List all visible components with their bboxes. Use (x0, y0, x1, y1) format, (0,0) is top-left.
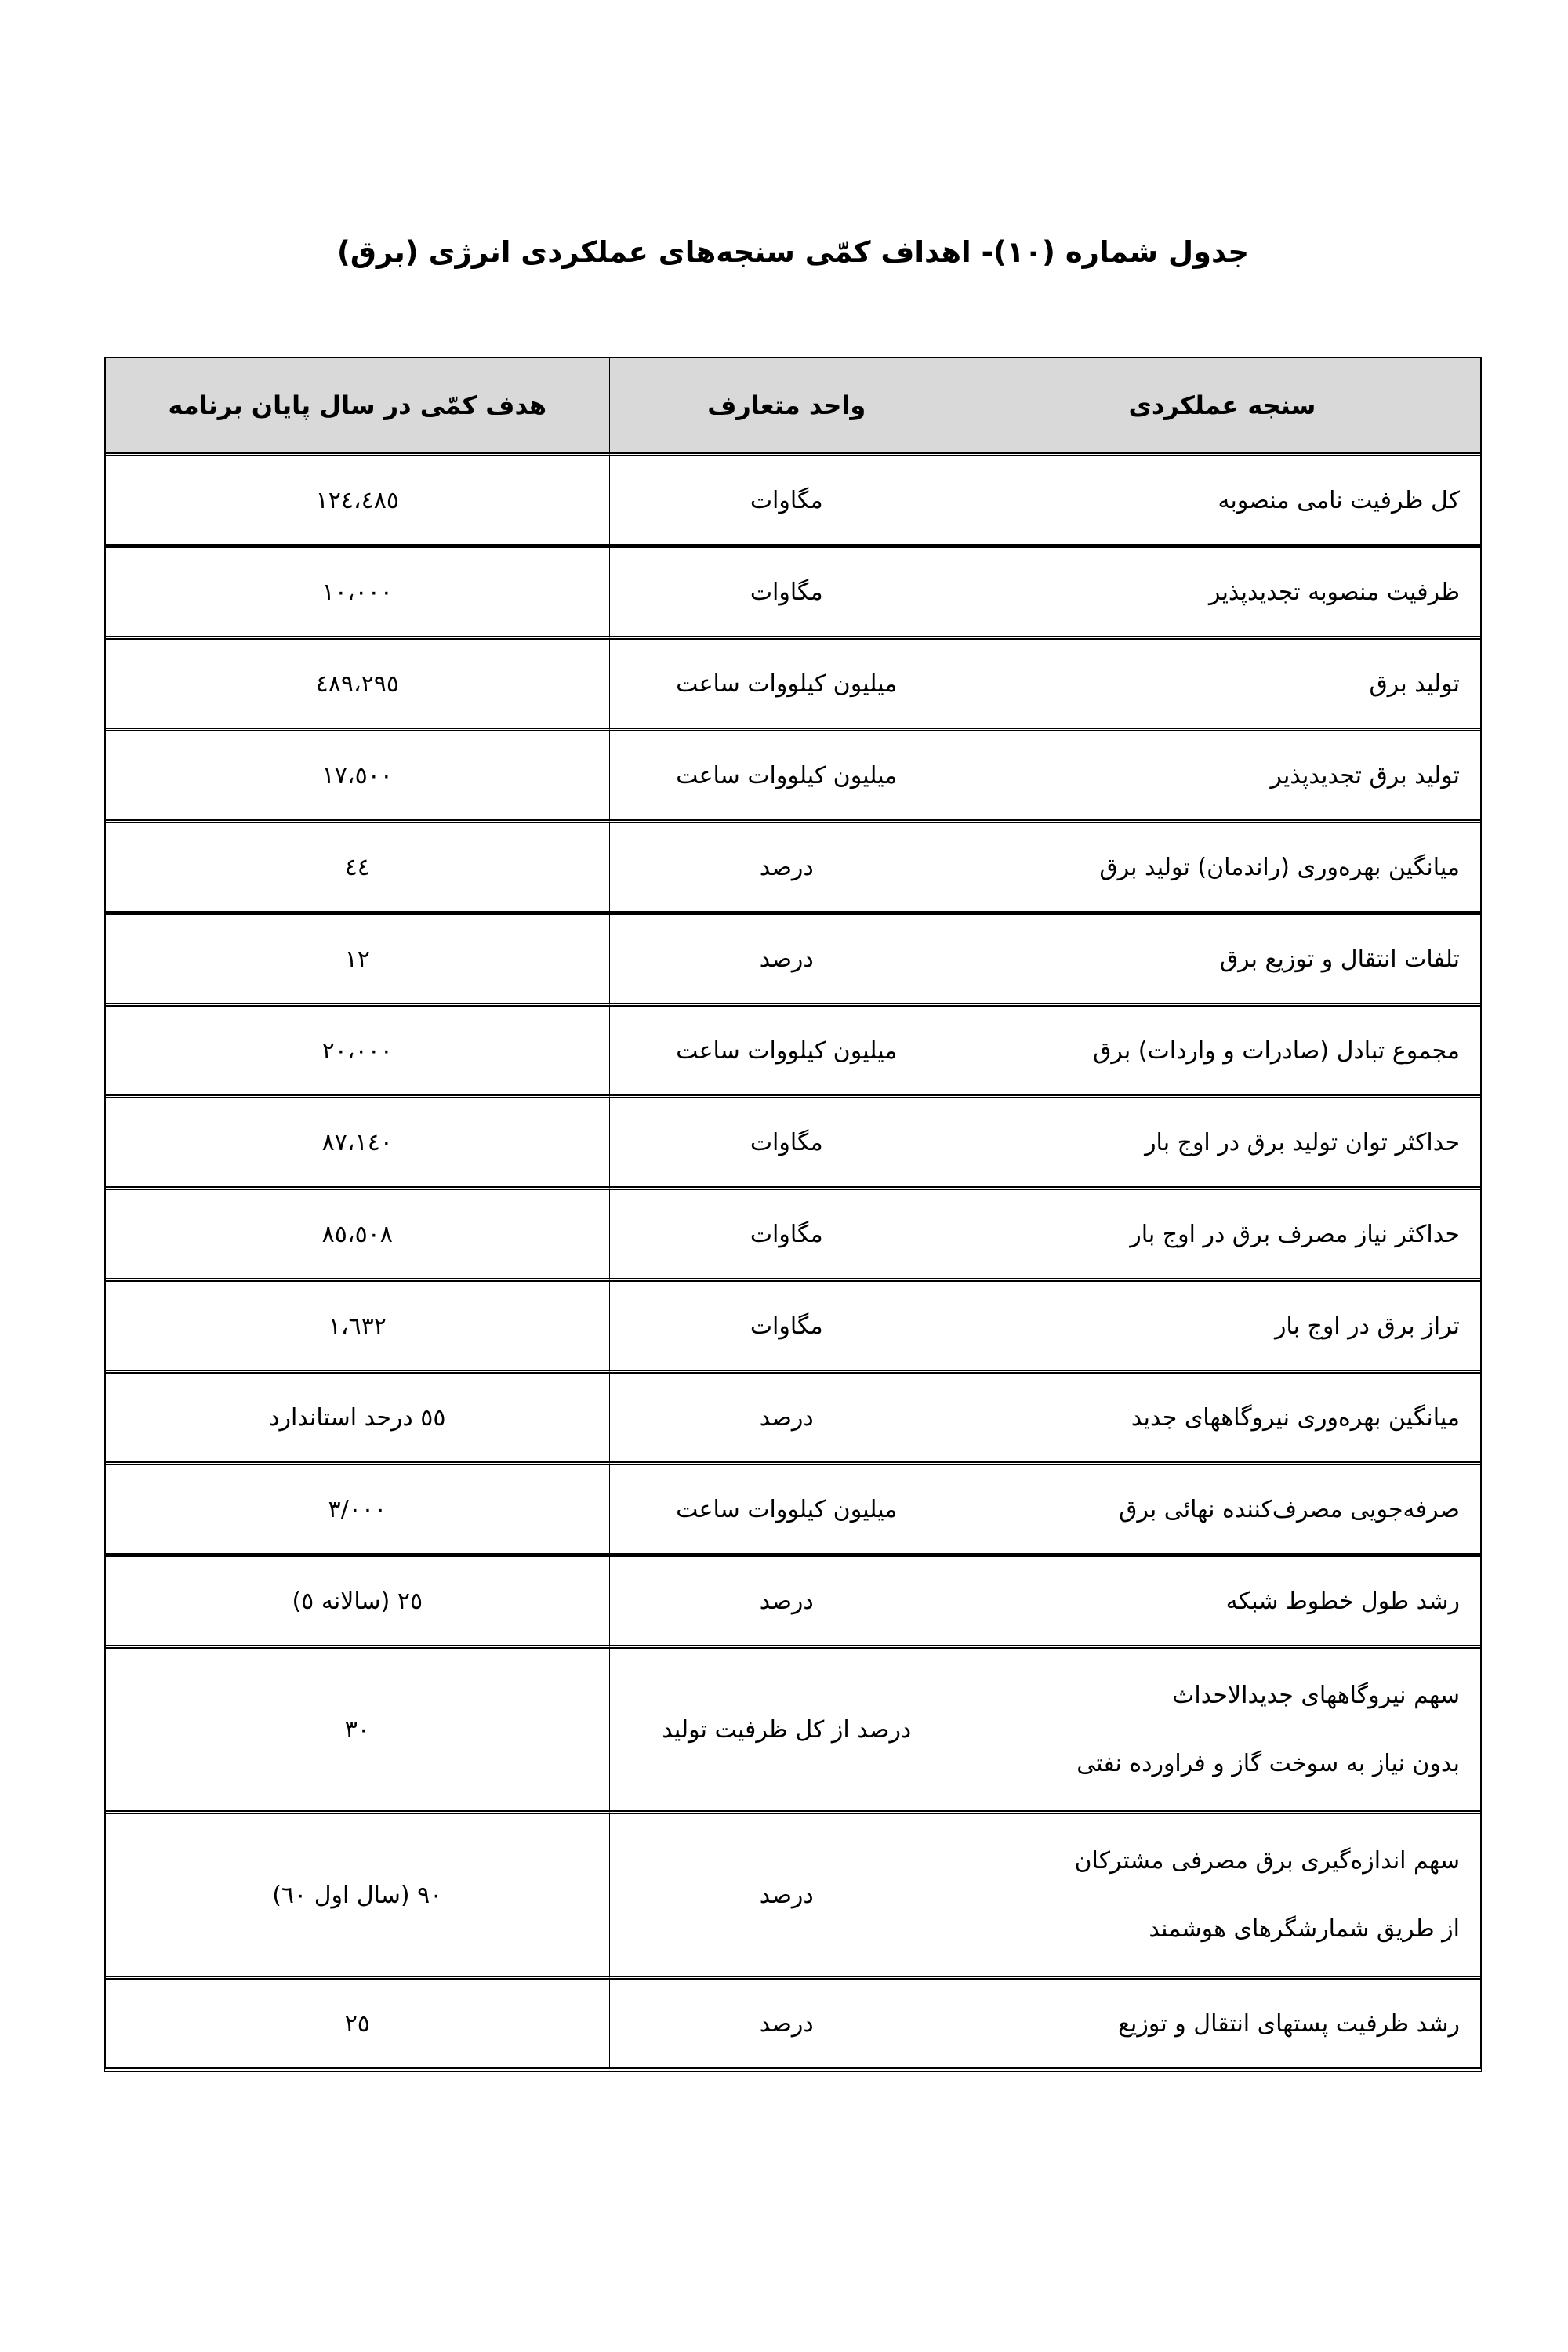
target-cell: ١٢٤،٤٨٥ (106, 452, 609, 544)
table-row: میانگین بهره‌وری (راندمان) تولید برق درص… (106, 819, 1480, 911)
table-row: سهم اندازه‌گیری برق مصرفی مشترکان از طری… (106, 1810, 1480, 1976)
target-cell: ١٠،٠٠٠ (106, 544, 609, 636)
target-cell: ٣٠ (106, 1645, 609, 1810)
table-row: میانگین بهره‌وری نیروگاههای جدید درصد ٥٥… (106, 1370, 1480, 1461)
metric-cell: کل ظرفیت نامی منصوبه (964, 452, 1480, 544)
target-cell: ٣/٠٠٠ (106, 1461, 609, 1553)
target-cell: ١٢ (106, 911, 609, 1003)
metric-cell: تراز برق در اوج بار (964, 1278, 1480, 1370)
table-row: حداکثر نیاز مصرف برق در اوج بار مگاوات ٨… (106, 1186, 1480, 1278)
header-target-cell: هدف کمّی در سال پایان برنامه (106, 358, 609, 452)
target-cell: ٥٥ درحد استاندارد (106, 1370, 609, 1461)
metric-cell: رشد ظرفیت پستهای انتقال و توزیع (964, 1976, 1480, 2067)
metric-cell: میانگین بهره‌وری (راندمان) تولید برق (964, 819, 1480, 911)
unit-cell: مگاوات (609, 1186, 964, 1278)
unit-cell: مگاوات (609, 1094, 964, 1186)
metric-cell: سهم نیروگاههای جدیدالاحداث بدون نیاز به … (964, 1645, 1480, 1810)
table-row: تلفات انتقال و توزیع برق درصد ١٢ (106, 911, 1480, 1003)
table-row: صرفه‌جویی مصرف‌کننده نهائی برق میلیون کی… (106, 1461, 1480, 1553)
unit-cell: مگاوات (609, 452, 964, 544)
unit-cell: میلیون کیلووات ساعت (609, 728, 964, 819)
metric-cell: سهم اندازه‌گیری برق مصرفی مشترکان از طری… (964, 1810, 1480, 1976)
unit-cell: میلیون کیلووات ساعت (609, 1003, 964, 1094)
header-row: سنجه عملکردی واحد متعارف هدف کمّی در سال… (106, 358, 1480, 452)
unit-cell: میلیون کیلووات ساعت (609, 1461, 964, 1553)
unit-cell: درصد (609, 1976, 964, 2067)
target-cell: ٢٠،٠٠٠ (106, 1003, 609, 1094)
unit-cell: میلیون کیلووات ساعت (609, 636, 964, 728)
metric-cell: تولید برق (964, 636, 1480, 728)
table-row: سهم نیروگاههای جدیدالاحداث بدون نیاز به … (106, 1645, 1480, 1810)
target-cell: ٨٧،١٤٠ (106, 1094, 609, 1186)
metric-cell: تولید برق تجدیدپذیر (964, 728, 1480, 819)
unit-cell: درصد (609, 1553, 964, 1645)
unit-cell: درصد (609, 819, 964, 911)
table-row: رشد ظرفیت پستهای انتقال و توزیع درصد ٢٥ (106, 1976, 1480, 2067)
header-metric-cell: سنجه عملکردی (964, 358, 1480, 452)
target-cell: ١،٦٣٢ (106, 1278, 609, 1370)
metric-cell: میانگین بهره‌وری نیروگاههای جدید (964, 1370, 1480, 1461)
target-cell: ٢٥ (106, 1976, 609, 2067)
unit-cell: درصد از کل ظرفیت تولید (609, 1645, 964, 1810)
table-row: حداکثر توان تولید برق در اوج بار مگاوات … (106, 1094, 1480, 1186)
table-body: کل ظرفیت نامی منصوبه مگاوات ١٢٤،٤٨٥ ظرفی… (106, 452, 1480, 2067)
document-page: جدول شماره (١٠)- اهداف کمّی سنجه‌های عمل… (0, 0, 1568, 2352)
metric-cell: حداکثر نیاز مصرف برق در اوج بار (964, 1186, 1480, 1278)
table-row: ظرفیت منصوبه تجدیدپذیر مگاوات ١٠،٠٠٠ (106, 544, 1480, 636)
metric-cell: صرفه‌جویی مصرف‌کننده نهائی برق (964, 1461, 1480, 1553)
unit-cell: مگاوات (609, 1278, 964, 1370)
header-unit-cell: واحد متعارف (609, 358, 964, 452)
table-title: جدول شماره (١٠)- اهداف کمّی سنجه‌های عمل… (104, 235, 1482, 269)
target-cell: ٩٠ (سال اول ٦٠) (106, 1810, 609, 1976)
table-row: رشد طول خطوط شبکه درصد ٢٥ (سالانه ٥) (106, 1553, 1480, 1645)
metric-cell: رشد طول خطوط شبکه (964, 1553, 1480, 1645)
unit-cell: درصد (609, 1810, 964, 1976)
table-row: تراز برق در اوج بار مگاوات ١،٦٣٢ (106, 1278, 1480, 1370)
target-cell: ٤٨٩،٢٩٥ (106, 636, 609, 728)
metric-cell: حداکثر توان تولید برق در اوج بار (964, 1094, 1480, 1186)
table-row: تولید برق تجدیدپذیر میلیون کیلووات ساعت … (106, 728, 1480, 819)
target-cell: ٢٥ (سالانه ٥) (106, 1553, 609, 1645)
metric-cell: مجموع تبادل (صادرات و واردات) برق (964, 1003, 1480, 1094)
target-cell: ٤٤ (106, 819, 609, 911)
table-container: سنجه عملکردی واحد متعارف هدف کمّی در سال… (104, 357, 1482, 2072)
metric-cell: تلفات انتقال و توزیع برق (964, 911, 1480, 1003)
target-cell: ٨٥،٥٠٨ (106, 1186, 609, 1278)
unit-cell: مگاوات (609, 544, 964, 636)
unit-cell: درصد (609, 1370, 964, 1461)
unit-cell: درصد (609, 911, 964, 1003)
table-row: تولید برق میلیون کیلووات ساعت ٤٨٩،٢٩٥ (106, 636, 1480, 728)
metric-cell: ظرفیت منصوبه تجدیدپذیر (964, 544, 1480, 636)
performance-table: سنجه عملکردی واحد متعارف هدف کمّی در سال… (104, 357, 1482, 2072)
table-row: کل ظرفیت نامی منصوبه مگاوات ١٢٤،٤٨٥ (106, 452, 1480, 544)
table-row: مجموع تبادل (صادرات و واردات) برق میلیون… (106, 1003, 1480, 1094)
target-cell: ١٧،٥٠٠ (106, 728, 609, 819)
